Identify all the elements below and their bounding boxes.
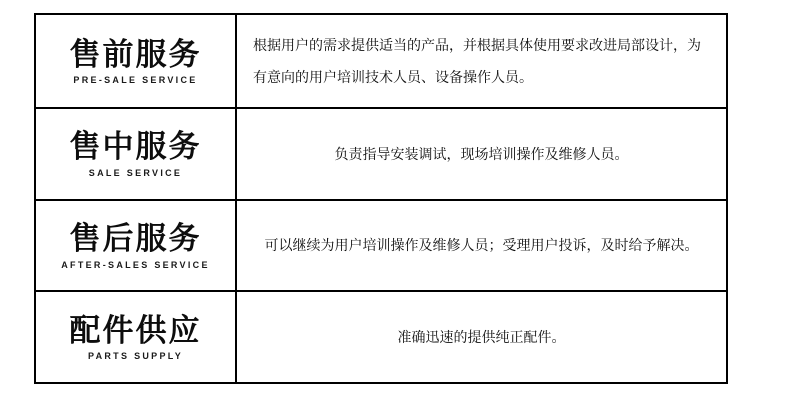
service-title: 配件供应 (70, 313, 202, 349)
service-table: 售前服务 PRE-SALE SERVICE 根据用户的需求提供适当的产品，并根据… (34, 13, 728, 384)
service-title-cell: 售前服务 PRE-SALE SERVICE (36, 15, 237, 107)
service-subtitle-en: PRE-SALE SERVICE (73, 75, 197, 85)
service-subtitle-en: PARTS SUPPLY (88, 351, 183, 361)
service-title-cell: 售中服务 SALE SERVICE (36, 109, 237, 199)
service-description-cell: 准确迅速的提供纯正配件。 (237, 292, 726, 382)
service-description: 根据用户的需求提供适当的产品，并根据具体使用要求改进局部设计，为有意向的用户培训… (253, 29, 710, 93)
service-title: 售前服务 (70, 37, 202, 73)
service-subtitle-en: SALE SERVICE (89, 168, 182, 178)
table-row-sale: 售中服务 SALE SERVICE 负责指导安装调试，现场培训操作及维修人员。 (36, 107, 726, 199)
table-row-after-sales: 售后服务 AFTER-SALES SERVICE 可以继续为用户培训操作及维修人… (36, 199, 726, 291)
service-title: 售后服务 (70, 221, 202, 257)
service-description-cell: 根据用户的需求提供适当的产品，并根据具体使用要求改进局部设计，为有意向的用户培训… (237, 15, 726, 107)
service-description: 负责指导安装调试，现场培训操作及维修人员。 (335, 138, 629, 170)
service-subtitle-en: AFTER-SALES SERVICE (61, 260, 210, 270)
service-description: 准确迅速的提供纯正配件。 (398, 321, 566, 353)
service-title-cell: 配件供应 PARTS SUPPLY (36, 292, 237, 382)
service-title: 售中服务 (70, 129, 202, 165)
service-title-cell: 售后服务 AFTER-SALES SERVICE (36, 201, 237, 291)
table-row-pre-sale: 售前服务 PRE-SALE SERVICE 根据用户的需求提供适当的产品，并根据… (36, 15, 726, 107)
service-description-cell: 负责指导安装调试，现场培训操作及维修人员。 (237, 109, 726, 199)
table-row-parts-supply: 配件供应 PARTS SUPPLY 准确迅速的提供纯正配件。 (36, 290, 726, 382)
service-description-cell: 可以继续为用户培训操作及维修人员；受理用户投诉，及时给予解决。 (237, 201, 726, 291)
service-description: 可以继续为用户培训操作及维修人员；受理用户投诉，及时给予解决。 (265, 229, 699, 261)
